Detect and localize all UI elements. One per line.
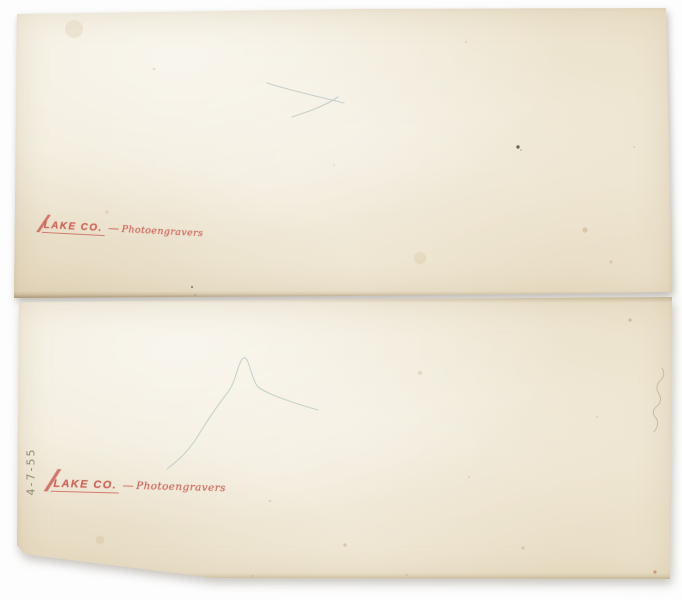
stamp-trade-label: Photoengravers	[136, 480, 226, 494]
bottom-sheet-marks-and-foxing	[17, 297, 673, 581]
pencil-date-inscription: 4-7-55	[25, 441, 38, 503]
stamp-separator: —	[123, 481, 133, 492]
photo-of-two-aged-sheets: / LAKE CO. — Photoengravers	[0, 0, 682, 600]
bottom-sheet-shadow-wrap: / LAKE CO. — Photoengravers 4-7-55	[0, 0, 682, 600]
photoengravers-ink-stamp: / LAKE CO. — Photoengravers	[48, 473, 226, 497]
stamp-company-name: LAKE CO.	[51, 478, 119, 494]
bottom-sheet-verso: / LAKE CO. — Photoengravers 4-7-55	[17, 297, 673, 581]
